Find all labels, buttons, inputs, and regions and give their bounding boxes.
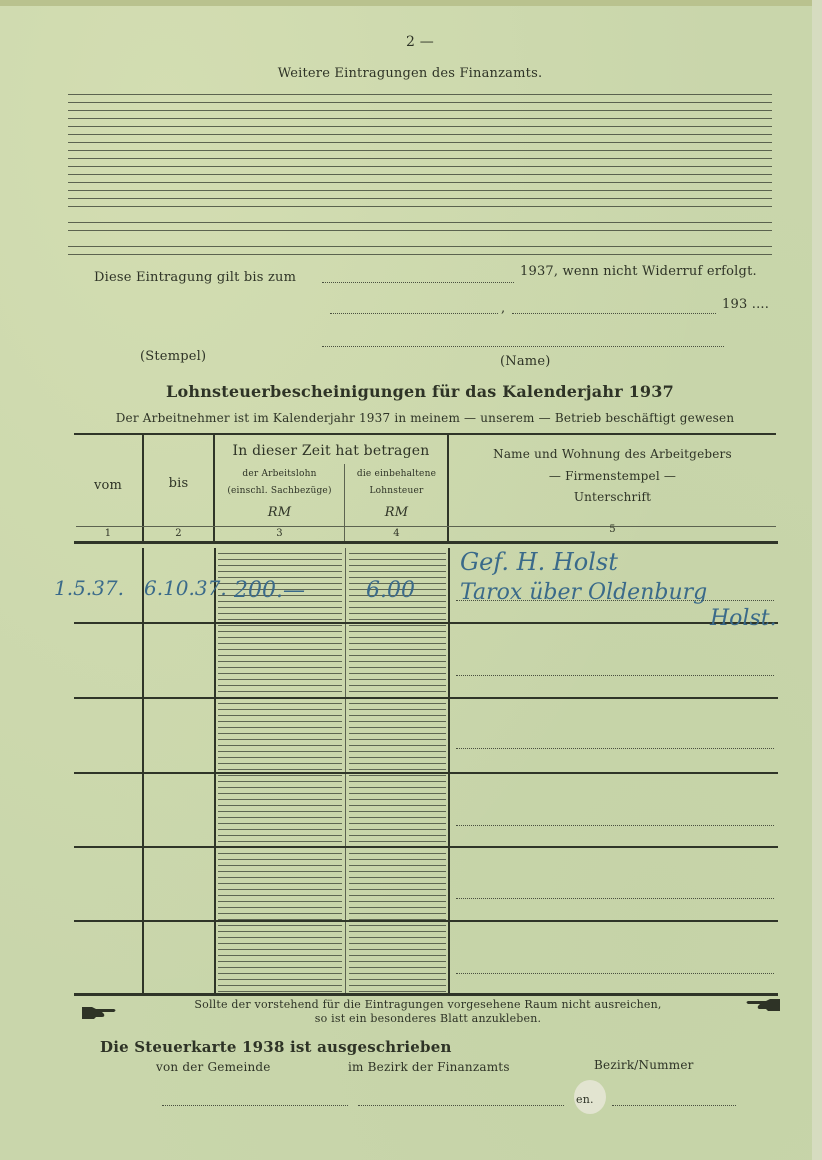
- row-from-date[interactable]: 1.5.37.: [54, 576, 124, 600]
- col-number-2: 2: [144, 528, 213, 539]
- row-rule-3: [74, 772, 778, 774]
- table-top-rule: [74, 433, 776, 435]
- place-field[interactable]: [330, 313, 498, 314]
- header-bottom-rule: [74, 541, 778, 544]
- row-employer-signature[interactable]: Holst.: [710, 606, 777, 631]
- col-header-wage-line1: der Arbeitslohn: [215, 469, 344, 479]
- pointing-hand-left-icon: [744, 995, 782, 1013]
- col-number-5: 5: [449, 524, 776, 535]
- employer-dotline-5: [456, 898, 774, 899]
- certificates-subtitle: Der Arbeitnehmer ist im Kalenderjahr 193…: [72, 411, 778, 425]
- footer-label-municipality: von der Gemeinde: [156, 1060, 271, 1074]
- row-rule-4: [74, 846, 778, 848]
- row-to-date[interactable]: 6.10.37.: [144, 576, 227, 600]
- municipality-field[interactable]: [162, 1105, 348, 1106]
- employer-dotline-4: [456, 825, 774, 826]
- row-tax[interactable]: 6.00: [366, 578, 415, 603]
- employer-dotline-6: [456, 973, 774, 974]
- col-header-tax-unit: RM: [346, 505, 447, 520]
- footer-label-number: Bezirk/Nummer: [594, 1058, 694, 1072]
- footer-label-district: im Bezirk der Finanzamts: [348, 1060, 510, 1074]
- row-rule-2: [74, 697, 778, 699]
- col-number-1: 1: [74, 528, 142, 539]
- footer-title: Die Steuerkarte 1938 ist ausgeschrieben: [100, 1038, 452, 1056]
- row-employer-line1[interactable]: Gef. H. Holst: [460, 548, 618, 576]
- employer-dotline-3: [456, 748, 774, 749]
- col-header-tax-line2: Lohnsteuer: [346, 486, 447, 496]
- date-year: 193 ....: [722, 297, 769, 312]
- validity-suffix: 1937, wenn nicht Widerruf erfolgt.: [520, 264, 757, 279]
- number-field[interactable]: [612, 1105, 736, 1106]
- col-header-tax-line1: die einbehaltene: [346, 469, 447, 479]
- row-rule-1: [74, 622, 778, 624]
- col-number-4: 4: [346, 528, 447, 539]
- date-separator: ,: [501, 301, 505, 316]
- col-group-header: In dieser Zeit hat betragen: [215, 443, 447, 459]
- date-field[interactable]: [512, 313, 716, 314]
- col-number-3: 3: [215, 528, 344, 539]
- certificates-title: Lohnsteuerbescheinigungen für das Kalend…: [100, 382, 740, 401]
- name-signature-field[interactable]: [322, 346, 724, 347]
- col-header-employer-line3: Unterschrift: [449, 490, 776, 504]
- col-header-wage-unit: RM: [215, 505, 344, 520]
- paper-edge-top: [0, 0, 822, 6]
- row-employer-line2[interactable]: Tarox über Oldenburg: [460, 580, 707, 605]
- table-row[interactable]: 1.5.37. 6.10.37. 200.— 6.00 Gef. H. Hols…: [74, 548, 778, 622]
- table-bottom-rule: [74, 993, 778, 996]
- col-divider-3: [344, 464, 345, 541]
- district-field[interactable]: [358, 1105, 564, 1106]
- employer-dotline-2: [456, 675, 774, 676]
- col-header-employer-line2: — Firmenstempel —: [449, 469, 776, 483]
- finanzamt-heading: Weitere Eintragungen des Finanzamts.: [200, 66, 620, 81]
- col-header-to: bis: [144, 476, 213, 491]
- col-header-wage-line2: (einschl. Sachbezüge): [215, 486, 344, 496]
- name-label: (Name): [500, 354, 551, 369]
- row-rule-5: [74, 920, 778, 922]
- col-header-from: vom: [74, 478, 142, 493]
- paper-edge-right: [812, 0, 822, 1160]
- footer-suffix: en.: [576, 1093, 594, 1106]
- row-wage[interactable]: 200.—: [234, 578, 305, 603]
- validity-date-field[interactable]: [322, 282, 514, 283]
- col-header-employer-line1: Name und Wohnung des Arbeitgebers: [449, 447, 776, 461]
- validity-prefix: Diese Eintragung gilt bis zum: [94, 270, 296, 285]
- page-number: 2 —: [380, 34, 460, 50]
- stamp-label: (Stempel): [140, 349, 206, 364]
- note-line1: Sollte der vorstehend für die Eintragung…: [128, 998, 728, 1011]
- note-line2: so ist ein besonderes Blatt anzukleben.: [128, 1012, 728, 1025]
- pointing-hand-right-icon: [80, 1003, 118, 1021]
- finanzamt-ruled-area: [68, 90, 772, 260]
